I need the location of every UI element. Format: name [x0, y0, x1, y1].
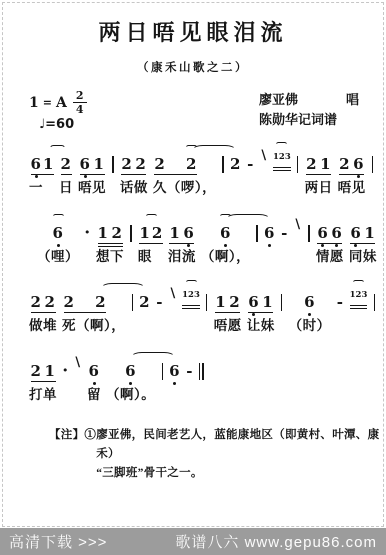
note-token: 6让 — [247, 293, 261, 335]
lyric: 一 — [29, 178, 43, 197]
key-equals: = — [43, 96, 52, 109]
duration-dash: - — [280, 224, 289, 242]
barline: | — [132, 294, 133, 311]
note-token: ‖ — [199, 362, 204, 404]
lyric: 眼 — [138, 247, 152, 266]
slur-arc — [145, 214, 158, 224]
lyric — [160, 385, 164, 404]
time-signature: 2 4 — [73, 90, 87, 115]
note-digit: 2 — [154, 155, 165, 173]
note-token: 2做 — [134, 155, 148, 197]
key-tonic: 1 — [29, 95, 39, 111]
lyric — [189, 316, 193, 335]
note-group: | — [129, 224, 133, 266]
score: 6一1 2日6唔1见| 2话2做2久2（啰），| 2 - \ 123 | 2两1… — [3, 142, 383, 404]
score-line: 2做2堆2死2（啊），| 2 - \ 123 | 1唔2愿6让1妹| 6（时）-… — [29, 280, 383, 335]
note-group: 2 — [139, 293, 150, 335]
lyric: 做 — [29, 316, 43, 335]
beam-underline — [139, 243, 163, 244]
note-group: 2做2堆 — [29, 293, 57, 335]
note-token: 2打 — [29, 362, 43, 404]
beam-underline — [98, 246, 123, 247]
barline: | — [112, 156, 113, 173]
slur-arc — [131, 352, 175, 362]
slur-arc — [275, 142, 288, 152]
note-group: | — [255, 224, 259, 266]
lyric: 唔 — [214, 316, 228, 335]
note-token: | — [160, 362, 164, 404]
note-token: 2唔 — [338, 155, 352, 197]
note-digit: 2 — [121, 155, 132, 173]
note-token: | — [255, 224, 259, 266]
key-name: A — [56, 95, 67, 111]
note-group: 6一1 — [29, 155, 54, 197]
note-token: · — [62, 362, 69, 404]
lyric: 见 — [92, 178, 106, 197]
duration-dash: - — [246, 155, 255, 173]
note-group: | — [221, 155, 225, 197]
note-digit: 6 — [169, 362, 180, 380]
slur-arc — [352, 280, 365, 290]
note-group: 2话2做 — [120, 155, 148, 197]
note-token: 6（啊）。 — [106, 362, 155, 404]
breath-mark-icon: \ — [294, 216, 302, 234]
beam-underline — [31, 312, 56, 313]
note-group: 123 — [273, 155, 291, 197]
beam-underline — [121, 174, 146, 175]
note-token: \ — [74, 362, 82, 404]
note-group: 1想2下 — [96, 224, 124, 266]
lyric — [64, 385, 68, 404]
lyric: 死 — [62, 316, 76, 335]
note-token: 6愿 — [330, 224, 344, 266]
barline: | — [308, 225, 309, 242]
note-group: 2两1日 — [305, 155, 333, 197]
barline: | — [372, 156, 373, 173]
barline: | — [256, 225, 257, 242]
lyric: 见 — [352, 178, 366, 197]
note-digit: 1 — [43, 155, 54, 173]
note-digit: 6 — [304, 293, 315, 311]
credits: 廖亚佛 唱 陈勋华记词谱 — [259, 90, 359, 130]
footnote-label: 【注】① — [49, 426, 96, 483]
note-token: 2堆 — [43, 293, 57, 335]
beam-underline — [154, 174, 197, 175]
note-token: 2死 — [62, 293, 76, 335]
note-token: 2愿 — [228, 293, 242, 335]
lyric — [173, 385, 177, 404]
slur-arc — [101, 283, 145, 293]
barline: | — [281, 294, 282, 311]
lyric: 单 — [43, 385, 57, 404]
lyric — [307, 247, 311, 266]
lyric: 让 — [247, 316, 261, 335]
augmentation-dot: · — [84, 224, 91, 242]
slur-arc — [52, 214, 65, 224]
lyric: 日 — [59, 178, 73, 197]
lyric: 话 — [120, 178, 134, 197]
note-group: 6（啊）。 — [106, 362, 155, 404]
note-token: 6 — [169, 362, 180, 404]
note-digit: 2 — [306, 155, 317, 173]
note-token: 6同 — [349, 224, 363, 266]
note-token: | — [130, 293, 134, 335]
lyric: 久 — [153, 178, 167, 197]
note-digit: 6 — [220, 224, 231, 242]
note-digit: 2 — [135, 155, 146, 173]
meta-row: 1 = A 2 4 ♩=60 廖亚佛 唱 陈勋华记词谱 — [3, 90, 383, 140]
score-line: 6一1 2日6唔1见| 2话2做2久2（啰），| 2 - \ 123 | 2两1… — [29, 142, 383, 197]
note-digit: 2 — [95, 293, 106, 311]
lyric — [382, 247, 384, 266]
note-token: · — [84, 224, 91, 266]
note-group: | — [296, 155, 300, 197]
time-signature-numerator: 2 — [73, 90, 87, 103]
note-digit: 2 — [31, 362, 42, 380]
note-token: 6（哩） — [37, 224, 79, 266]
note-digit: 1 — [215, 293, 226, 311]
lyric — [296, 247, 300, 266]
score-sheet: 两日唔见眼泪流 （康禾山歌之二） 1 = A 2 4 ♩=60 廖亚佛 唱 陈勋… — [2, 2, 384, 527]
lyric: （啰）， — [167, 178, 216, 197]
note-token: 1见 — [92, 155, 106, 197]
lyric — [255, 247, 259, 266]
note-token: 1妹 — [261, 293, 275, 335]
note-digit: 2 — [339, 155, 350, 173]
lyric — [283, 247, 287, 266]
beam-underline — [273, 167, 291, 168]
note-digit: 2 — [139, 293, 150, 311]
lyric — [280, 316, 284, 335]
lyric: 妹 — [261, 316, 275, 335]
note-group: \ — [74, 362, 82, 404]
barline: | — [206, 294, 207, 311]
note-group: · — [84, 224, 91, 266]
tempo-marking: ♩=60 — [39, 117, 74, 132]
note-group: - — [336, 293, 345, 335]
note-token: 6流 — [182, 224, 196, 266]
song-subtitle: （康禾山歌之二） — [3, 59, 383, 75]
note-token: 1 — [43, 155, 54, 197]
lyric — [155, 247, 159, 266]
beam-underline — [350, 305, 368, 306]
slur-arc — [192, 145, 236, 155]
beam-underline — [306, 174, 331, 175]
lyric: 堆 — [43, 316, 57, 335]
barline: | — [297, 156, 298, 173]
note-token: - — [246, 155, 255, 197]
note-digit: 2 — [230, 155, 241, 173]
lyric: 流 — [182, 247, 196, 266]
note-group: \ — [294, 224, 302, 266]
note-digit: 2 — [31, 293, 42, 311]
note-token: 1眼 — [138, 224, 152, 266]
note-digit: 2 — [152, 224, 163, 242]
note-group: 6 — [169, 362, 180, 404]
note-token: 1泪 — [168, 224, 182, 266]
beam-underline — [350, 243, 375, 244]
note-token: 123 — [273, 155, 291, 197]
note-token: 1想 — [96, 224, 110, 266]
lyric — [371, 178, 375, 197]
note-digit: 6 — [353, 155, 364, 173]
note-token: 6一 — [29, 155, 43, 197]
lyric: 愿 — [228, 316, 242, 335]
note-token: 6见 — [352, 155, 366, 197]
lyric: （时） — [289, 316, 331, 335]
note-digit: 1 — [320, 155, 331, 173]
note-group: 6情6愿 — [316, 224, 344, 266]
beam-underline — [182, 305, 200, 306]
lyric — [129, 247, 133, 266]
note-digit: 1 — [98, 224, 109, 242]
beam-underline — [317, 243, 342, 244]
lyric: 两 — [305, 178, 319, 197]
note-token: \ — [294, 224, 302, 266]
note-token: 2 — [230, 155, 241, 197]
beam-underline — [215, 312, 240, 313]
note-group: 6（啊）， — [201, 224, 250, 266]
note-token: 2（啊）， — [76, 293, 125, 335]
lyric — [357, 316, 361, 335]
duration-dash: - — [336, 293, 345, 311]
lyric — [86, 247, 90, 266]
note-token: 2日 — [59, 155, 73, 197]
lyric — [205, 316, 209, 335]
note-digit: 6 — [89, 362, 100, 380]
lyric — [372, 316, 376, 335]
lyric — [338, 316, 342, 335]
note-token: 123 — [182, 293, 200, 335]
note-group: | — [382, 224, 384, 266]
breath-mark-icon: \ — [260, 147, 268, 165]
note-digit: 2 — [186, 155, 197, 173]
note-digit: 6 — [350, 224, 361, 242]
note-group: 123 — [182, 293, 200, 335]
note-token: 2 — [139, 293, 150, 335]
beam-underline — [339, 174, 364, 175]
lyric — [234, 178, 238, 197]
lyric: 想 — [96, 247, 110, 266]
note-token: | — [382, 224, 384, 266]
lyric: 唔 — [338, 178, 352, 197]
note-token: \ — [169, 293, 177, 335]
note-digit: 6 — [317, 224, 328, 242]
note-group: | — [130, 293, 134, 335]
footnote-line-1: 廖亚佛，民间老艺人，蓝能康地区（即黄村、叶潭、康禾） — [96, 429, 379, 460]
lyric: 泪 — [168, 247, 182, 266]
note-token: - — [185, 362, 194, 404]
lyric: 日 — [319, 178, 333, 197]
note-group: 1眼2 — [138, 224, 163, 266]
note-group: | — [111, 155, 115, 197]
note-token: 2下 — [110, 224, 124, 266]
note-token: 6情 — [316, 224, 330, 266]
slur-arc — [185, 280, 198, 290]
note-digit: 1 — [94, 155, 105, 173]
note-digit: 1 — [169, 224, 180, 242]
transcriber-line: 陈勋华记词谱 — [259, 110, 359, 130]
note-group: - — [155, 293, 164, 335]
lyric: （啊）。 — [106, 385, 155, 404]
note-group: - — [185, 362, 194, 404]
beam-underline — [31, 174, 55, 175]
score-line: 6（哩）· 1想2下| 1眼2 1泪6流6（啊），| 6 - \ | 6情6愿6… — [37, 211, 383, 266]
note-token: | — [221, 155, 225, 197]
note-group: | — [160, 362, 164, 404]
lyric: 妹 — [363, 247, 377, 266]
note-token: 2两 — [305, 155, 319, 197]
barline: | — [162, 363, 163, 380]
note-token: 6唔 — [78, 155, 92, 197]
beam-underline — [182, 308, 200, 309]
beam-underline — [80, 174, 105, 175]
performer-line: 廖亚佛 唱 — [259, 90, 359, 110]
note-token: 2（啰）， — [167, 155, 216, 197]
note-group: 6留 — [87, 362, 101, 404]
beam-underline — [169, 243, 194, 244]
duration-dash: - — [185, 362, 194, 380]
footer-bar: 高清下载 >>> 歌谱八六 www.gepu86.com — [0, 528, 386, 555]
note-token: 1日 — [319, 155, 333, 197]
barline: | — [374, 294, 375, 311]
footnote-text: 廖亚佛，民间老艺人，蓝能康地区（即黄村、叶潭、康禾） “三脚班”骨干之一。 — [96, 426, 383, 483]
note-digit: 2 — [64, 293, 75, 311]
note-group: - — [246, 155, 255, 197]
lyric: 情 — [316, 247, 330, 266]
lyric — [76, 385, 80, 404]
duration-dash: - — [155, 293, 164, 311]
barline: | — [222, 156, 223, 173]
beam-underline — [273, 170, 291, 171]
note-digit: 6 — [31, 155, 42, 173]
lyric: 做 — [134, 178, 148, 197]
note-group: 123 — [350, 293, 368, 335]
time-signature-denominator: 4 — [76, 103, 84, 115]
note-token: 1单 — [43, 362, 57, 404]
lyric: 唔 — [78, 178, 92, 197]
note-token: 1妹 — [363, 224, 377, 266]
note-group: 6（哩） — [37, 224, 79, 266]
lyric — [130, 316, 134, 335]
note-token: | — [371, 155, 375, 197]
lyric — [171, 316, 175, 335]
note-group: 1泪6流 — [168, 224, 196, 266]
barline: ‖ — [199, 363, 204, 380]
note-digit: 1 — [45, 362, 56, 380]
barline: | — [383, 225, 384, 242]
score-line: 2打1单· \ 6留6（啊）。| 6 - ‖ — [29, 349, 383, 404]
beam-underline — [350, 308, 368, 309]
note-token: 2话 — [120, 155, 134, 197]
footer-site-link[interactable]: 歌谱八六 www.gepu86.com — [175, 531, 377, 552]
note-digit: 2 — [45, 293, 56, 311]
note-digit: 1 — [139, 224, 150, 242]
note-group: 1唔2愿 — [214, 293, 242, 335]
lyric: （哩） — [37, 247, 79, 266]
note-token: 2做 — [29, 293, 43, 335]
note-digit: 1 — [364, 224, 375, 242]
lyric: 留 — [87, 385, 101, 404]
note-group: \ — [260, 155, 268, 197]
footer-download-link[interactable]: 高清下载 >>> — [9, 531, 107, 552]
note-token: | — [296, 155, 300, 197]
note-digit: 2 — [229, 293, 240, 311]
lyric: 下 — [110, 247, 124, 266]
note-token: | — [205, 293, 209, 335]
note-group: 2死2（啊）， — [62, 293, 125, 335]
note-group: 6同1妹 — [349, 224, 377, 266]
note-token: | — [372, 293, 376, 335]
note-group: | — [372, 293, 376, 335]
song-title: 两日唔见眼泪流 — [3, 16, 383, 47]
note-group: | — [307, 224, 311, 266]
lyric — [280, 178, 284, 197]
note-token: | — [307, 224, 311, 266]
note-digit: 6 — [248, 293, 259, 311]
barline: | — [130, 225, 131, 242]
note-digit: 6 — [331, 224, 342, 242]
beam-underline — [248, 312, 273, 313]
tempo-value: =60 — [45, 117, 74, 132]
performer-role: 唱 — [346, 90, 359, 110]
note-group: 2 — [230, 155, 241, 197]
lyric: 同 — [349, 247, 363, 266]
note-digit: 1 — [262, 293, 273, 311]
lyric: （啊）， — [76, 316, 125, 335]
note-token: 1唔 — [214, 293, 228, 335]
lyric — [221, 178, 225, 197]
lyric — [47, 178, 51, 197]
note-group: | — [371, 155, 375, 197]
note-token: 2 — [152, 224, 163, 266]
note-digit: 2 — [112, 224, 123, 242]
note-token: 6留 — [87, 362, 101, 404]
note-digit: 2 — [61, 155, 72, 173]
note-token: | — [111, 155, 115, 197]
note-digit: 6 — [125, 362, 136, 380]
note-group: 6让1妹 — [247, 293, 275, 335]
beam-underline — [61, 174, 72, 175]
lyric: （啊）， — [201, 247, 250, 266]
note-group: | — [205, 293, 209, 335]
beam-underline — [64, 312, 107, 313]
note-group: 6唔1见 — [78, 155, 106, 197]
note-token: 6 — [264, 224, 275, 266]
note-token: 2久 — [153, 155, 167, 197]
lyric — [262, 178, 266, 197]
slur-arc — [226, 214, 270, 224]
lyric — [268, 247, 272, 266]
note-token: 6（时） — [289, 293, 331, 335]
note-digit: 6 — [264, 224, 275, 242]
key-signature: 1 = A 2 4 — [29, 90, 87, 115]
note-token: 6（啊）， — [201, 224, 250, 266]
note-group: 6（时） — [289, 293, 331, 335]
note-token: \ — [260, 155, 268, 197]
lyric — [188, 385, 192, 404]
lyric — [111, 178, 115, 197]
beam-underline — [98, 243, 123, 244]
note-group: 2日 — [59, 155, 73, 197]
lyric: 打 — [29, 385, 43, 404]
lyric — [249, 178, 253, 197]
note-group: | — [280, 293, 284, 335]
note-group: · — [62, 362, 69, 404]
beam-underline — [31, 381, 56, 382]
note-group: 6 — [264, 224, 275, 266]
note-digit: 6 — [80, 155, 91, 173]
